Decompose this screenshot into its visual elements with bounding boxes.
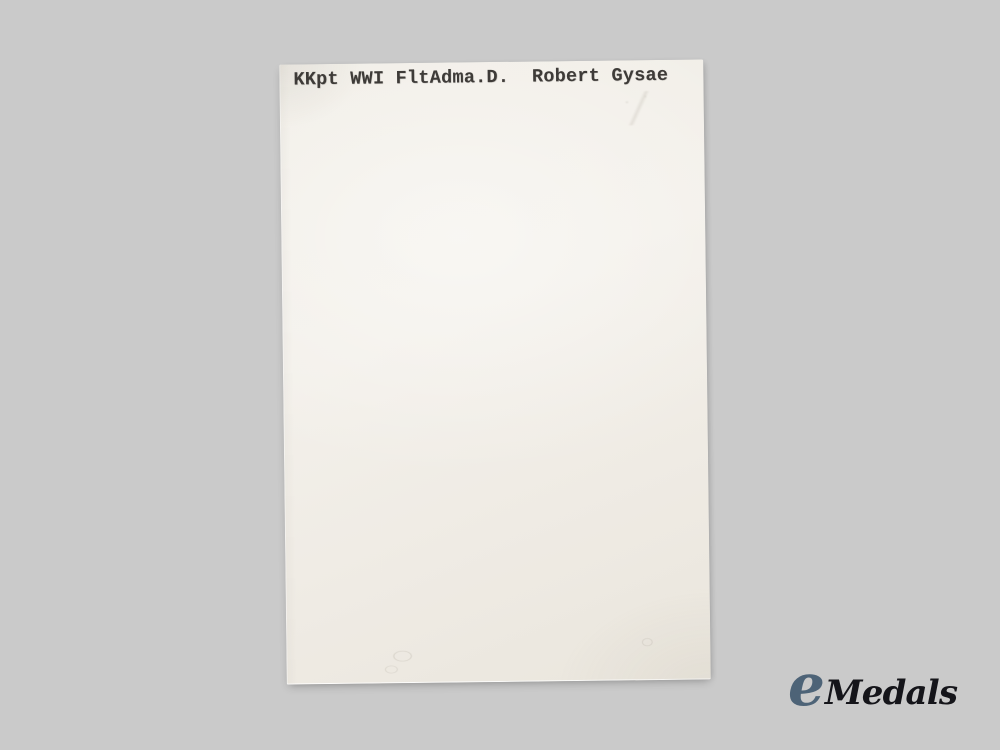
emedals-logo-name: Medals [825,676,957,710]
emedals-watermark: e Medals [788,655,957,713]
photo-reverse-paper: KKpt WWI FltAdma.D. Robert Gysae [279,59,711,684]
emedals-logo-e: e [788,656,824,714]
pencil-squiggle-bottom-left [379,647,421,678]
photo-background: KKpt WWI FltAdma.D. Robert Gysae e Medal… [0,0,1000,750]
typed-caption: KKpt WWI FltAdma.D. Robert Gysae [293,65,668,92]
pencil-mark-bottom-center [636,630,658,650]
pencil-smudge-top-right [618,91,660,126]
